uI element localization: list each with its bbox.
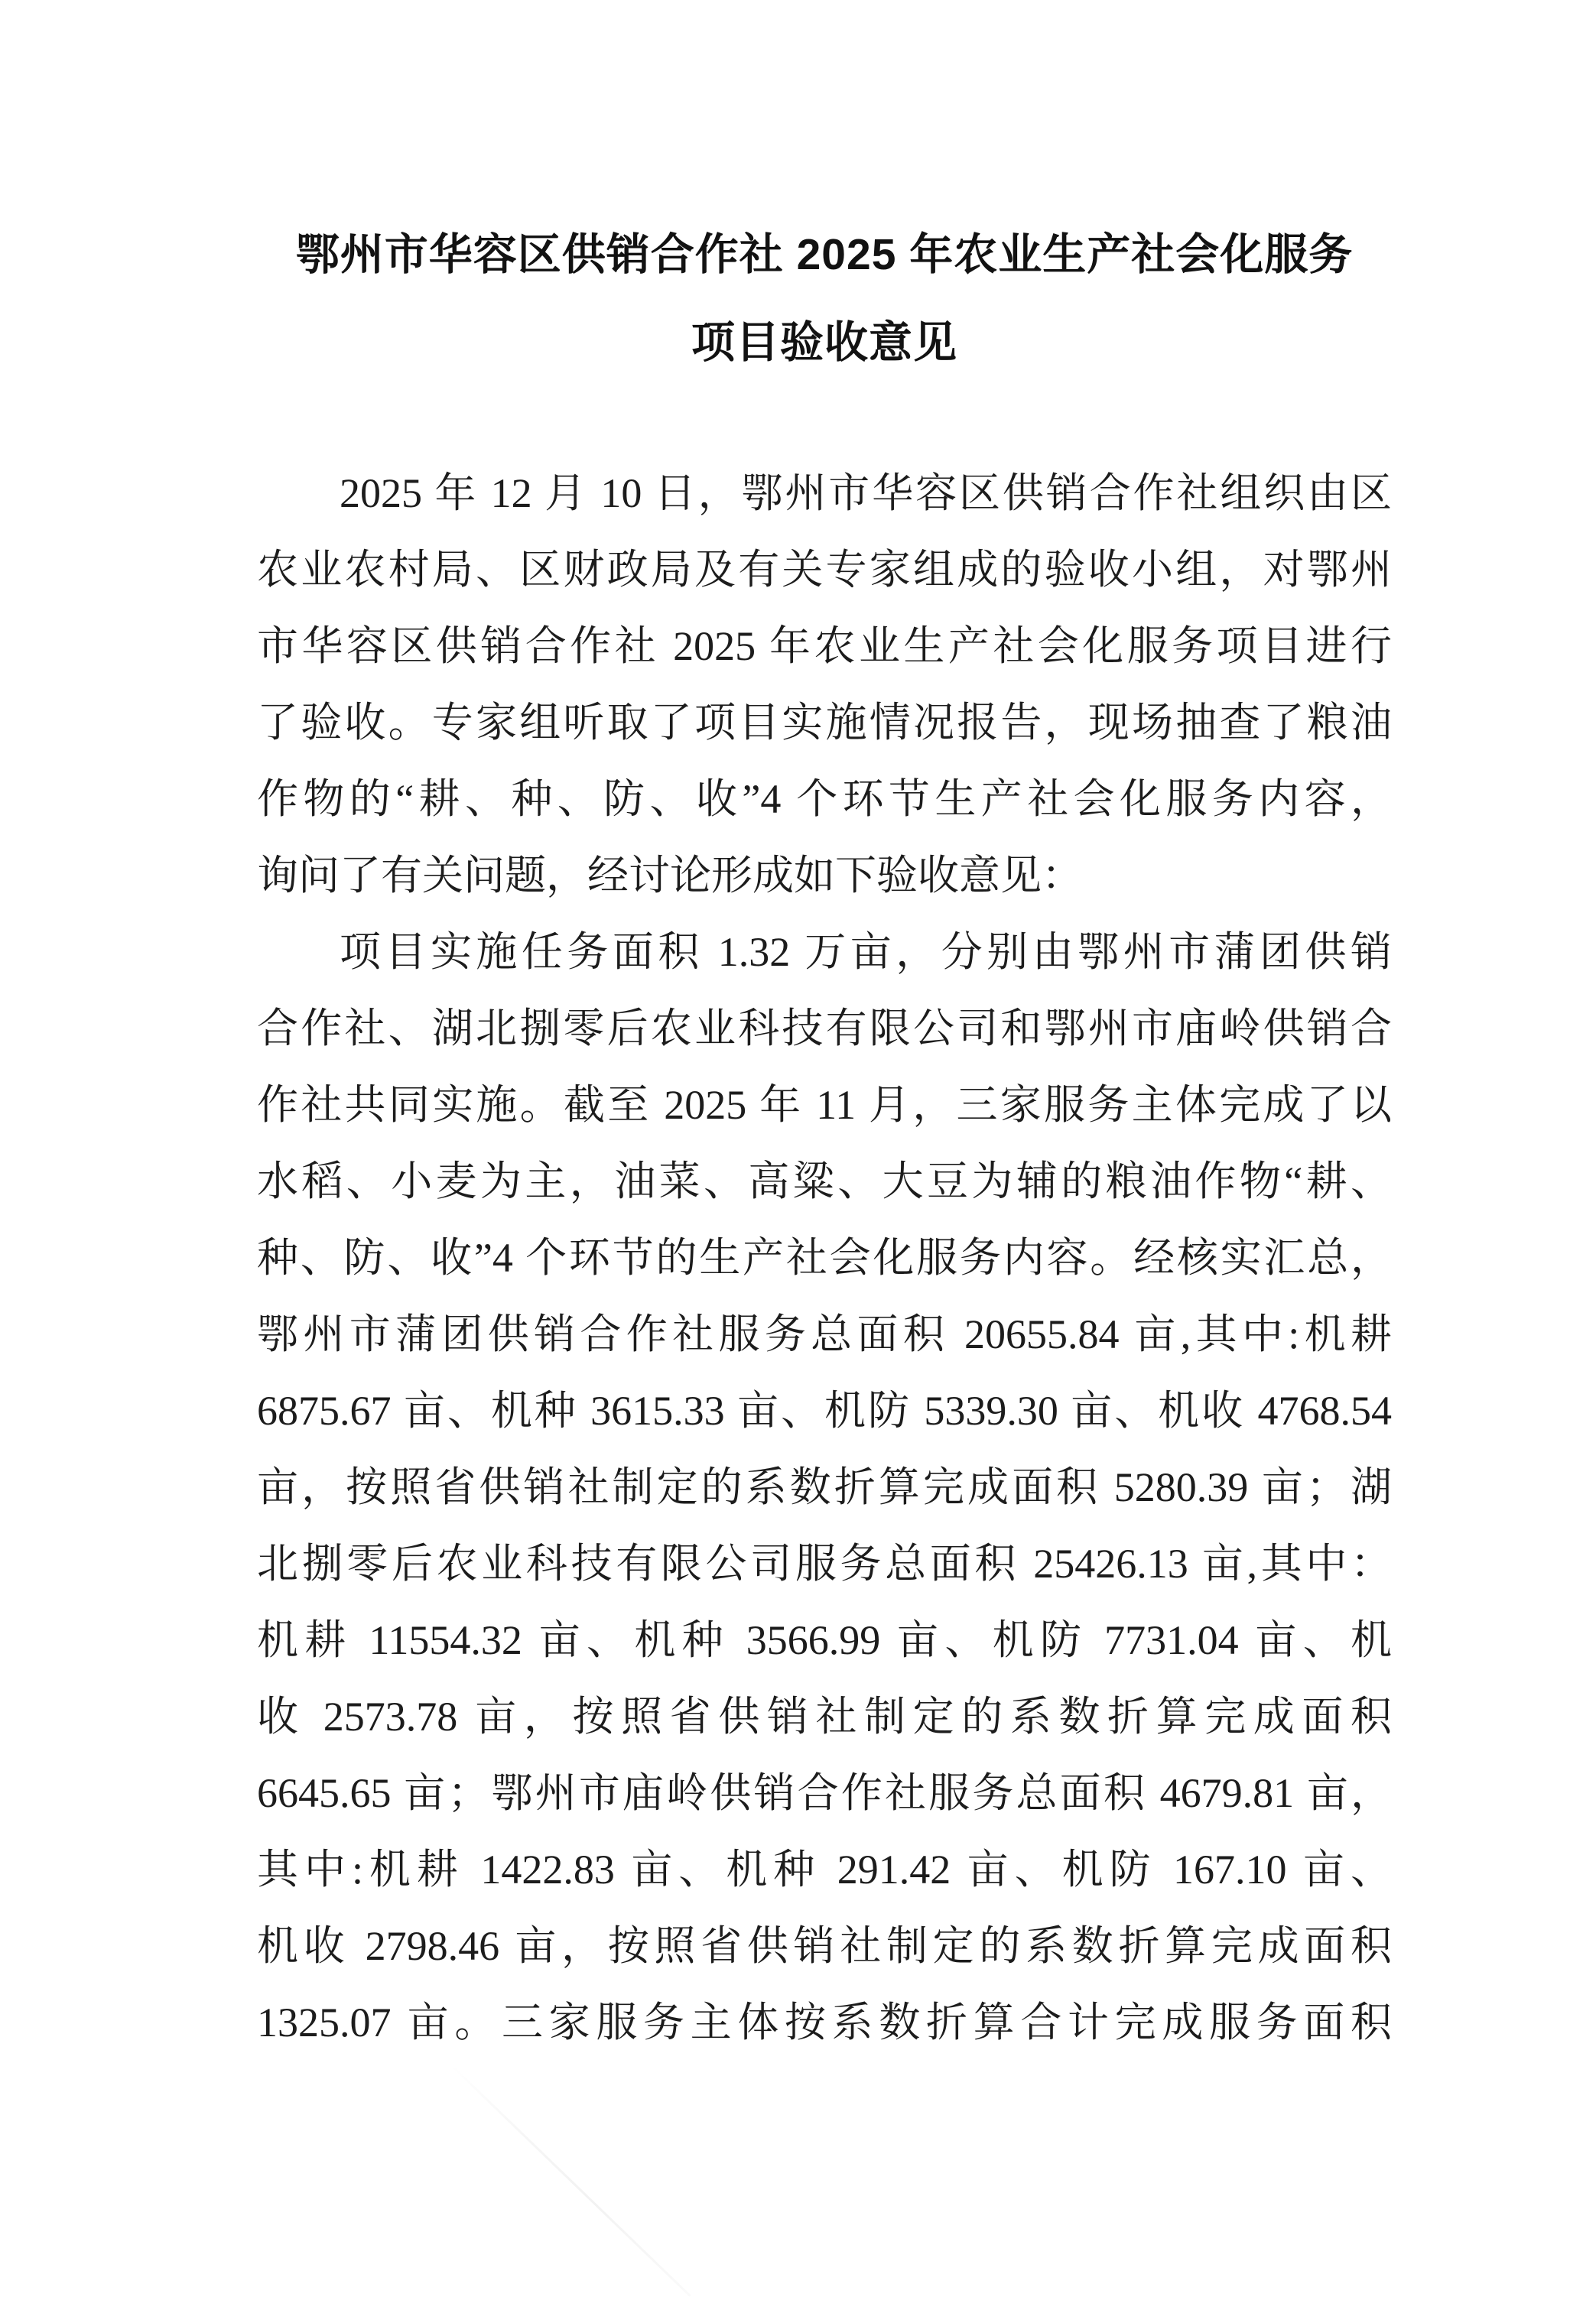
body-line: 6875.67 亩、机种 3615.33 亩、机防 5339.30 亩、机收 4…	[257, 1373, 1392, 1449]
body-line: 市华容区供销合作社 2025 年农业生产社会化服务项目进行	[257, 608, 1392, 684]
body-line: 项目实施任务面积 1.32 万亩，分别由鄂州市蒲团供销	[257, 914, 1392, 990]
body-line: 水稻、小麦为主，油菜、高粱、大豆为辅的粮油作物“耕、	[257, 1143, 1392, 1220]
body-line: 合作社、湖北捌零后农业科技有限公司和鄂州市庙岭供销合	[257, 990, 1392, 1067]
body-line: 鄂州市蒲团供销合作社服务总面积 20655.84 亩,其中:机耕	[257, 1296, 1392, 1373]
body-line: 作物的“耕、种、防、收”4 个环节生产社会化服务内容，	[257, 761, 1392, 837]
body-line: 收 2573.78 亩，按照省供销社制定的系数折算完成面积	[257, 1678, 1392, 1755]
body-line: 亩，按照省供销社制定的系数折算完成面积 5280.39 亩；湖	[257, 1449, 1392, 1525]
body-line: 机收 2798.46 亩，按照省供销社制定的系数折算完成面积	[257, 1908, 1392, 1984]
body-line: 6645.65 亩；鄂州市庙岭供销合作社服务总面积 4679.81 亩，	[257, 1755, 1392, 1831]
body-line: 机耕 11554.32 亩、机种 3566.99 亩、机防 7731.04 亩、…	[257, 1602, 1392, 1678]
title-line-1: 鄂州市华容区供销合作社 2025 年农业生产社会化服务	[257, 211, 1392, 299]
body-line: 1325.07 亩。三家服务主体按系数折算合计完成服务面积	[257, 1984, 1392, 2061]
scan-crease-artifact	[449, 2063, 691, 2297]
document-body: 2025 年 12 月 10 日，鄂州市华容区供销合作社组织由区 农业农村局、区…	[257, 455, 1392, 2061]
body-line: 作社共同实施。截至 2025 年 11 月，三家服务主体完成了以	[257, 1067, 1392, 1143]
body-line: 了验收。专家组听取了项目实施情况报告，现场抽查了粮油	[257, 684, 1392, 761]
body-line: 种、防、收”4 个环节的生产社会化服务内容。经核实汇总，	[257, 1220, 1392, 1296]
title-line-2: 项目验收意见	[257, 299, 1392, 387]
document-title: 鄂州市华容区供销合作社 2025 年农业生产社会化服务 项目验收意见	[257, 211, 1392, 387]
body-line: 询问了有关问题，经讨论形成如下验收意见：	[257, 837, 1392, 914]
body-line: 2025 年 12 月 10 日，鄂州市华容区供销合作社组织由区	[257, 455, 1392, 531]
body-line: 北捌零后农业科技有限公司服务总面积 25426.13 亩,其中：	[257, 1525, 1392, 1602]
body-line: 其中:机耕 1422.83 亩、机种 291.42 亩、机防 167.10 亩、	[257, 1831, 1392, 1908]
document-page: 鄂州市华容区供销合作社 2025 年农业生产社会化服务 项目验收意见 2025 …	[0, 0, 1596, 2297]
body-line: 农业农村局、区财政局及有关专家组成的验收小组，对鄂州	[257, 531, 1392, 608]
